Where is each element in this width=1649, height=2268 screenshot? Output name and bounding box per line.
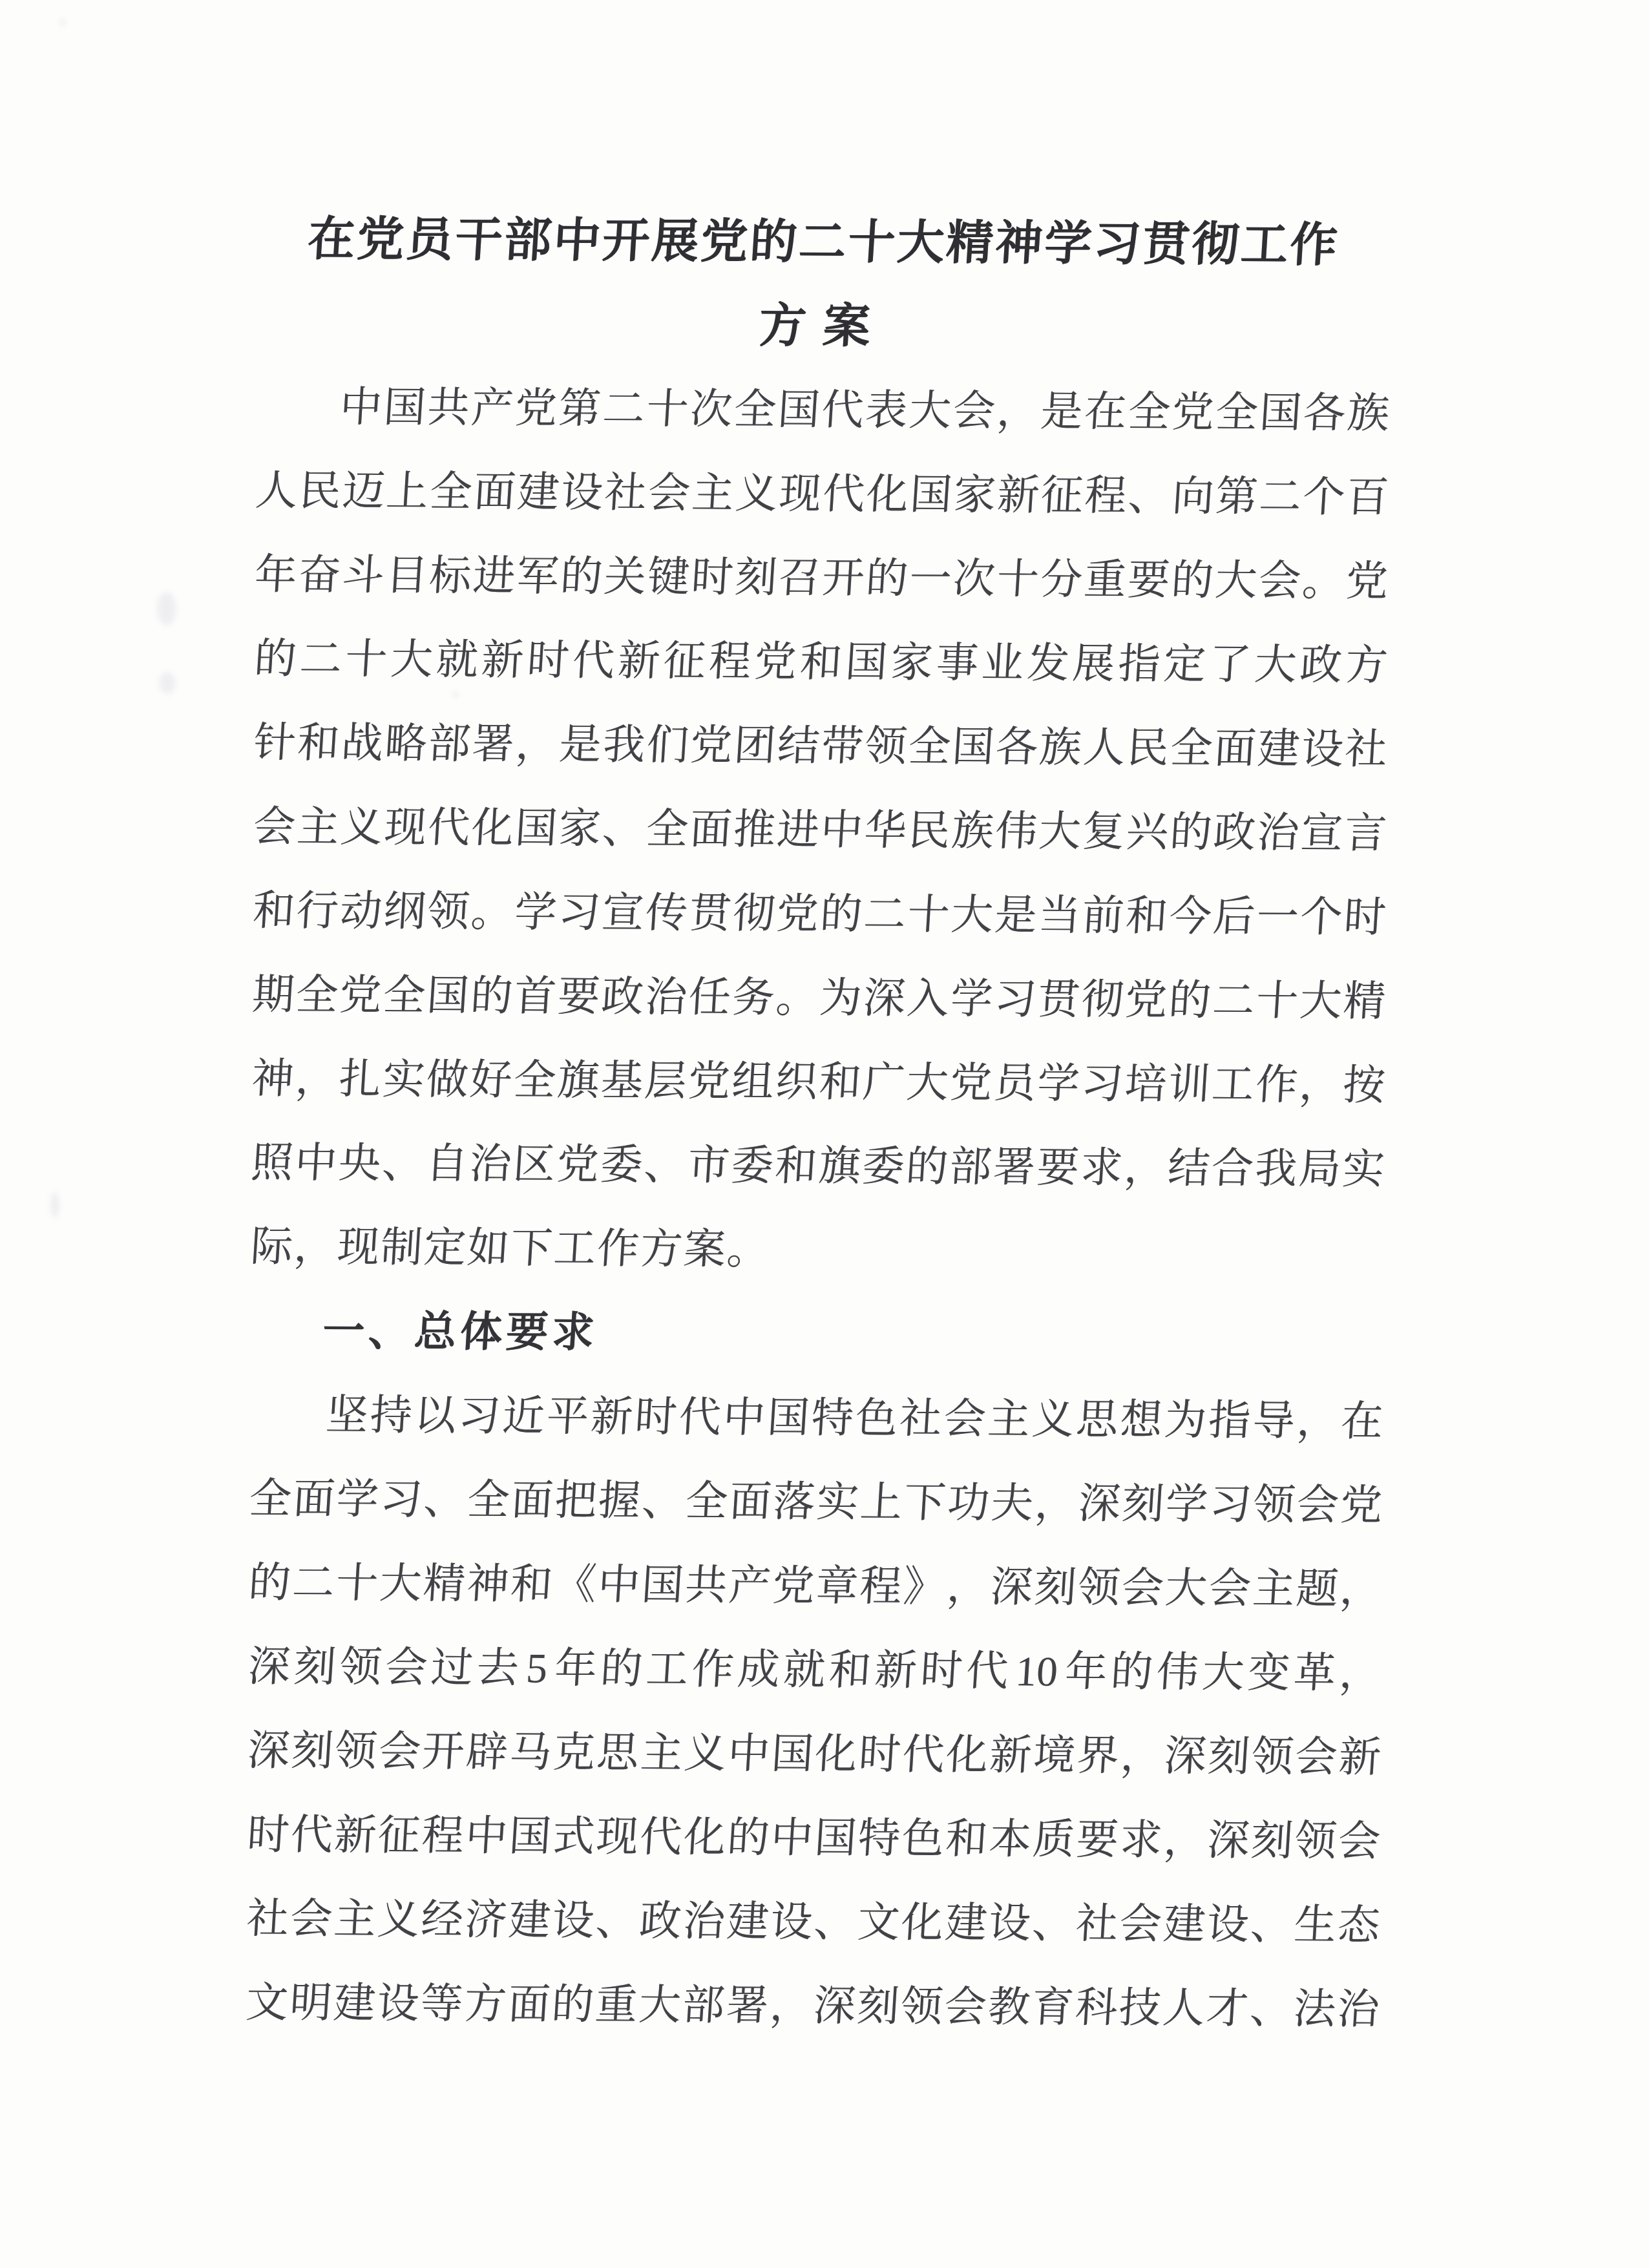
paragraph-1: 中国共产党第二十次全国代表大会，是在全党全国各族 人民迈上全面建设社会主义现代化… [251,365,1390,1296]
paragraph-1-line: 人民迈上全面建设社会主义现代化国家新征程、向第二个百 [253,449,1391,540]
paragraph-2-line: 文明建设等方面的重大部署，深刻领会教育科技人才、法治 [244,1961,1382,2052]
document-title-line-2: 方案 [254,281,1392,372]
paragraph-2-line: 深刻领会开辟马克思主义中国化时代化新境界，深刻领会新 [245,1709,1383,1800]
paragraph-1-line: 针和战略部署，是我们党团结带领全国各族人民全面建设社 [251,701,1390,792]
paragraph-2: 坚持以习近平新时代中国特色社会主义思想为指导，在 全面学习、全面把握、全面落实上… [246,1373,1383,2052]
scan-smudge [159,672,176,694]
paragraph-1-line: 际，现制定如下工作方案。 [248,1205,1387,1296]
paragraph-1-line: 期全党全国的首要政治任务。为深入学习贯彻党的二十大精 [249,953,1388,1044]
paragraph-2-line: 的二十大精神和《中国共产党章程》，深刻领会大会主题， [246,1541,1385,1632]
document-title-line-1: 在党员干部中开展党的二十大精神学习贯彻工作 [255,197,1393,288]
paragraph-1-line: 的二十大就新时代新征程党和国家事业发展指定了大政方 [252,617,1391,708]
scan-smudge [157,592,176,625]
paragraph-2-line: 深刻领会过去 5 年的工作成就和新时代 10 年的伟大变革， [246,1625,1384,1716]
paragraph-2-line: 全面学习、全面把握、全面落实上下功夫，深刻学习领会党 [247,1457,1385,1548]
paragraph-1-line: 中国共产党第二十次全国代表大会，是在全党全国各族 [253,365,1392,456]
paragraph-1-line: 和行动纲领。学习宣传贯彻党的二十大是当前和今后一个时 [250,869,1389,960]
paragraph-1-line: 会主义现代化国家、全面推进中华民族伟大复兴的政治宣言 [251,785,1389,876]
paragraph-2-line: 时代新征程中国式现代化的中国特色和本质要求，深刻领会 [244,1793,1383,1884]
scan-smudge [59,19,66,26]
paragraph-2-line: 坚持以习近平新时代中国特色社会主义思想为指导，在 [247,1373,1385,1464]
section-heading: 一、总体要求 [247,1289,1386,1380]
document-body: 在党员干部中开展党的二十大精神学习贯彻工作 方案 中国共产党第二十次全国代表大会… [246,197,1391,2052]
paragraph-1-line: 神，扎实做好全旗基层党组织和广大党员学习培训工作，按 [249,1037,1388,1128]
paragraph-2-line: 社会主义经济建设、政治建设、文化建设、社会建设、生态 [244,1877,1383,1968]
scanned-document-page: 在党员干部中开展党的二十大精神学习贯彻工作 方案 中国共产党第二十次全国代表大会… [0,0,1649,2268]
paragraph-1-line: 年奋斗目标进军的关键时刻召开的一次十分重要的大会。党 [252,533,1391,624]
paragraph-1-line: 照中央、自治区党委、市委和旗委的部署要求，结合我局实 [249,1121,1387,1212]
scan-smudge [50,1192,59,1218]
